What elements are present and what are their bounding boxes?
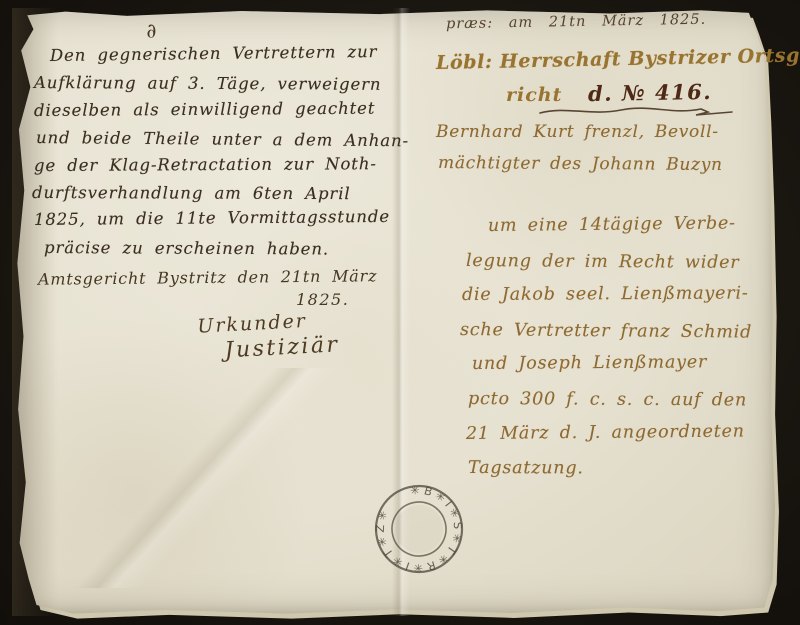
petition-line: um eine 14tägige Verbe-	[488, 213, 752, 250]
manuscript-line: 1825, um die 11te Vormittagsstunde	[34, 207, 409, 238]
petition-line: und Joseph Lienßmayer	[472, 352, 752, 389]
petition-line: Tagsatzung.	[468, 458, 752, 494]
dateline-year: 1825.	[296, 290, 349, 309]
signature: Urkunder Justiziär	[197, 308, 340, 364]
party-line: Bernhard Kurt frenzl, Bevoll-	[436, 122, 723, 154]
manuscript-line: Den gegnerischen Vertrettern zur	[50, 42, 409, 74]
manuscript-line: dieselben als einwilligend geachtet	[34, 98, 409, 128]
manuscript-line: präcise zu erscheinen haben.	[44, 238, 409, 267]
circular-ink-stamp: ✳B✳I✳S✳T✳R✳I✳T✳Z✳	[371, 481, 467, 577]
docket-number: d. № 416.	[588, 79, 713, 106]
petition-line: pcto 300 f. c. s. c. auf den	[468, 389, 752, 425]
party-line: mächtigter des Johann Buzyn	[438, 153, 723, 187]
petition-line: die Jakob seel. Lienßmayeri-	[462, 284, 752, 320]
party-text: Bernhard Kurt frenzl, Bevoll- mächtigter…	[436, 122, 723, 186]
manuscript-line: ge der Klag-Retractation zur Noth-	[34, 154, 409, 183]
flourish-mark: ∂	[144, 17, 164, 43]
photo-background: ∂ Den gegnerischen Vertrettern zur Aufkl…	[0, 0, 800, 625]
petition-line: 21 März d. J. angeordneten	[466, 421, 752, 458]
docket-underline-flourish	[536, 104, 736, 120]
dateline: Amtsgericht Bystritz den 21tn März	[38, 266, 377, 289]
petition-line: legung der im Recht wider	[466, 251, 752, 288]
petition-text: um eine 14tägige Verbe- legung der im Re…	[466, 216, 752, 493]
left-page-text: Den gegnerischen Vertrettern zur Aufklär…	[34, 46, 409, 265]
court-heading-line2: richt	[506, 84, 562, 106]
